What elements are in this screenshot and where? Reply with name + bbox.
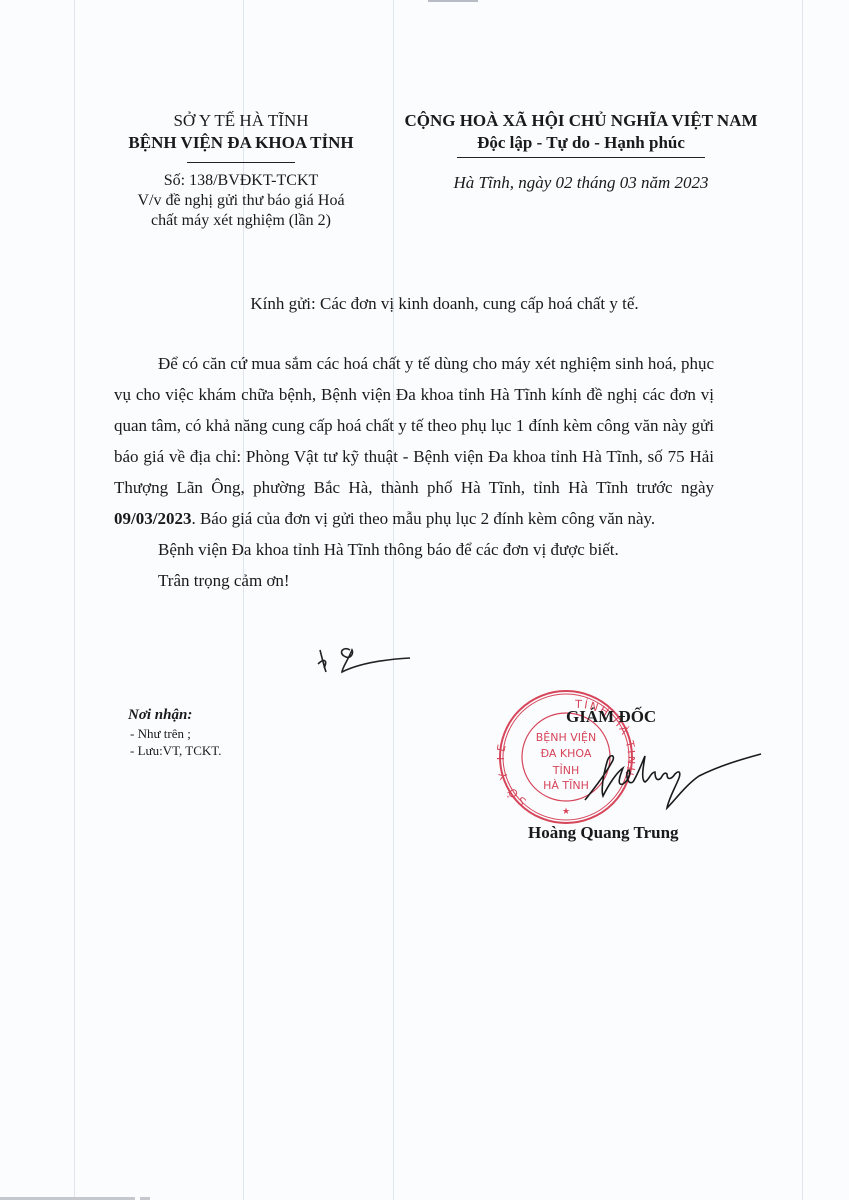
star-icon: ★ xyxy=(562,806,570,816)
stamp-ring-text: SỞ Y TẾ xyxy=(497,740,529,808)
scan-edge xyxy=(428,0,478,2)
recipient-item: - Như trên ; xyxy=(128,725,222,742)
recipient-item: - Lưu:VT, TCKT. xyxy=(128,742,222,759)
deadline-date: 09/03/2023 xyxy=(114,509,191,528)
salutation: Kính gửi: Các đơn vị kinh doanh, cung cấ… xyxy=(0,293,849,315)
authority-name: SỞ Y TẾ HÀ TĨNH xyxy=(110,110,372,132)
body-paragraph: Để có căn cứ mua sắm các hoá chất y tế d… xyxy=(114,348,714,534)
organization-name: BỆNH VIỆN ĐA KHOA TỈNH xyxy=(110,132,372,154)
handwritten-signature xyxy=(583,742,763,812)
letter-body: Để có căn cứ mua sắm các hoá chất y tế d… xyxy=(114,348,714,596)
initials-signature xyxy=(314,636,414,676)
reference-number: Số: 138/BVĐKT-TCKT xyxy=(110,171,372,191)
subject-line: V/v đề nghị gửi thư báo giá Hoá xyxy=(110,191,372,211)
closing-line: Trân trọng cảm ơn! xyxy=(114,565,714,596)
recipients-title: Nơi nhận: xyxy=(128,706,222,725)
issuer-header: SỞ Y TẾ HÀ TĨNH BỆNH VIỆN ĐA KHOA TỈNH S… xyxy=(110,110,372,231)
header-underline xyxy=(187,162,295,163)
body-text: Để có căn cứ mua sắm các hoá chất y tế d… xyxy=(114,354,714,497)
body-text: . Báo giá của đơn vị gửi theo mẫu phụ lụ… xyxy=(191,509,655,528)
signer-name: Hoàng Quang Trung xyxy=(528,822,679,844)
signer-position: GIÁM ĐỐC xyxy=(566,706,656,728)
body-paragraph: Bệnh viện Đa khoa tỉnh Hà Tĩnh thông báo… xyxy=(114,534,714,565)
scan-streak xyxy=(74,0,75,1200)
motto-underline xyxy=(457,157,705,158)
national-motto: Độc lập - Tự do - Hạnh phúc xyxy=(372,132,790,154)
place-date: Hà Tĩnh, ngày 02 tháng 03 năm 2023 xyxy=(372,172,790,194)
recipients-block: Nơi nhận: - Như trên ; - Lưu:VT, TCKT. xyxy=(128,706,222,759)
svg-text:SỞ Y TẾ: SỞ Y TẾ xyxy=(497,740,529,808)
national-title: CỘNG HOÀ XÃ HỘI CHỦ NGHĨA VIỆT NAM xyxy=(372,110,790,132)
stamp-center-text: TỈNH xyxy=(552,763,579,777)
national-header: CỘNG HOÀ XÃ HỘI CHỦ NGHĨA VIỆT NAM Độc l… xyxy=(372,110,790,194)
subject-line: chất máy xét nghiệm (lần 2) xyxy=(110,211,372,231)
scan-streak xyxy=(802,0,803,1200)
